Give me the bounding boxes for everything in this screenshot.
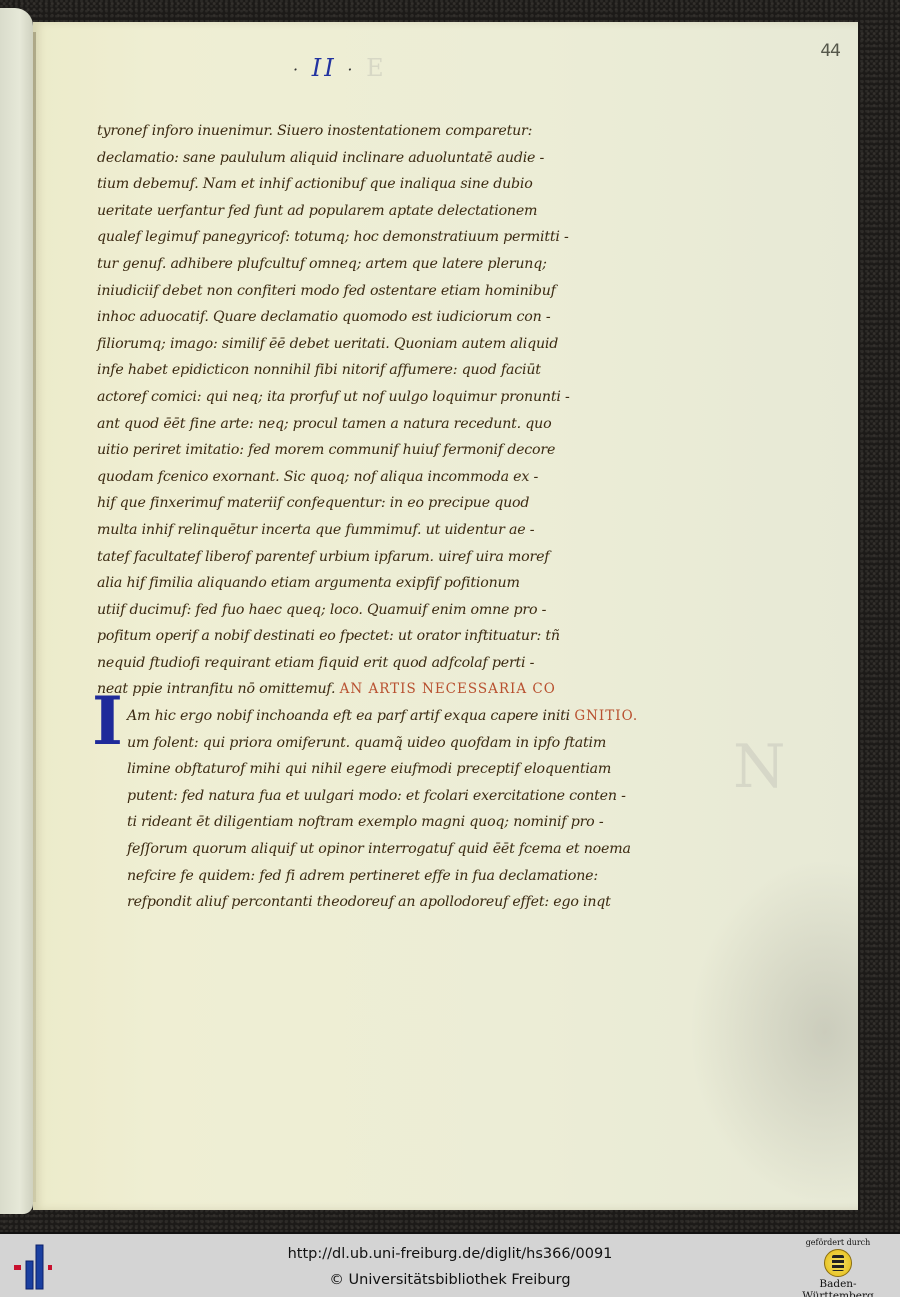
text-line-with-rubric: neat ppie intranfitu nō omittemuf. AN AR… <box>97 676 617 703</box>
text-line: qualef legimuf panegyricof: totumq; hoc … <box>97 224 617 251</box>
text-line: multa inhif relinquētur incerta que fumm… <box>97 517 617 544</box>
text-line: tyronef inforo inuenimur. Siuero inosten… <box>97 118 617 145</box>
text-line: pofitum operif a nobif destinati eo fpec… <box>97 623 617 650</box>
text-line: inhoc aduocatif. Quare declamatio quomod… <box>97 304 617 331</box>
running-head-dot-right: · <box>347 60 355 79</box>
left-page-edge <box>0 8 33 1214</box>
text-line: tatef facultatef liberof parentef urbium… <box>97 544 617 571</box>
show-through-letter-head: E <box>366 54 387 82</box>
copyright-notice: © Universitätsbibliothek Freiburg <box>0 1272 900 1288</box>
text-line: hif que finxerimuf materiif confequentur… <box>97 490 617 517</box>
text-line: utiif ducimuf: fed fuo haec queq; loco. … <box>97 597 617 624</box>
running-head-dot-left: · <box>293 60 301 79</box>
text-line: uitio periret imitatio: fed morem commun… <box>97 437 617 464</box>
text-line: filiorumq; imago: similif ēē debet uerit… <box>97 331 617 358</box>
chapter-text-line: ti rideant ēt diligentiam noftram exempl… <box>97 809 617 836</box>
funder-name: Baden-Württemberg <box>788 1278 888 1297</box>
manuscript-viewer: 44 N · II · E tyronef inforo inuenimur. … <box>0 0 900 1232</box>
text-line: ant quod ēēt fine arte: neq; procul tame… <box>97 411 617 438</box>
text-line: alia hif fimilia aliquando etiam argumen… <box>97 570 617 597</box>
text-line: tium debemuf. Nam et inhif actionibuf qu… <box>97 171 617 198</box>
chapter-text-line: refpondit aliuf percontanti theodoreuf a… <box>97 889 617 916</box>
coat-of-arms-icon <box>824 1249 852 1277</box>
chapter-text-line: um folent: qui priora omiferunt. quamq̃ … <box>97 730 617 757</box>
text-line: tur genuf. adhibere plufcultuf omneq; ar… <box>97 251 617 278</box>
gutter-shadow <box>33 32 36 1202</box>
chapter-text-line: nefcire fe quidem: fed fi adrem pertiner… <box>97 863 617 890</box>
chapter-text-line: Am hic ergo nobif inchoanda eft ea parf … <box>127 708 570 724</box>
folio-number: 44 <box>820 41 840 61</box>
chapter-line-with-rubric: Am hic ergo nobif inchoanda eft ea parf … <box>97 703 617 730</box>
chapter-text-line: limine obftaturof mihi qui nihil egere e… <box>97 756 617 783</box>
show-through-letter: N <box>733 732 786 802</box>
decorated-initial: I <box>92 688 123 754</box>
funder-label: gefördert durch <box>788 1238 888 1247</box>
text-line: infe habet epidicticon nonnihil fibi nit… <box>97 357 617 384</box>
text-line-end: neat ppie intranfitu nō omittemuf. <box>97 681 335 697</box>
text-line: quodam fcenico exornant. Sic quoq; nof a… <box>97 464 617 491</box>
chapter-text-line: putent: fed natura fua et uulgari modo: … <box>97 783 617 810</box>
chapter-text-line: feſſorum quorum aliquif ut opinor interr… <box>97 836 617 863</box>
running-head: · II · E <box>293 54 387 82</box>
permalink-url[interactable]: http://dl.ub.uni-freiburg.de/diglit/hs36… <box>0 1246 900 1262</box>
manuscript-text: tyronef inforo inuenimur. Siuero inosten… <box>97 118 617 916</box>
text-line: iniudiciif debet non confiteri modo fed … <box>97 278 617 305</box>
funder-badge[interactable]: gefördert durch Baden-Württemberg <box>788 1238 888 1297</box>
running-head-numeral: II <box>312 54 337 82</box>
chapter-rubric-1: AN ARTIS NECESSARIA CO <box>340 681 556 697</box>
text-line: actoref comici: qui neq; ita prorfuf ut … <box>97 384 617 411</box>
chapter-rubric-2: GNITIO. <box>574 708 638 724</box>
text-line: nequid ftudiofi requirant etiam fiquid e… <box>97 650 617 677</box>
footer-bar: http://dl.ub.uni-freiburg.de/diglit/hs36… <box>0 1232 900 1297</box>
text-line: declamatio: sane paululum aliquid inclin… <box>97 145 617 172</box>
text-line: ueritate uerfantur fed funt ad popularem… <box>97 198 617 225</box>
